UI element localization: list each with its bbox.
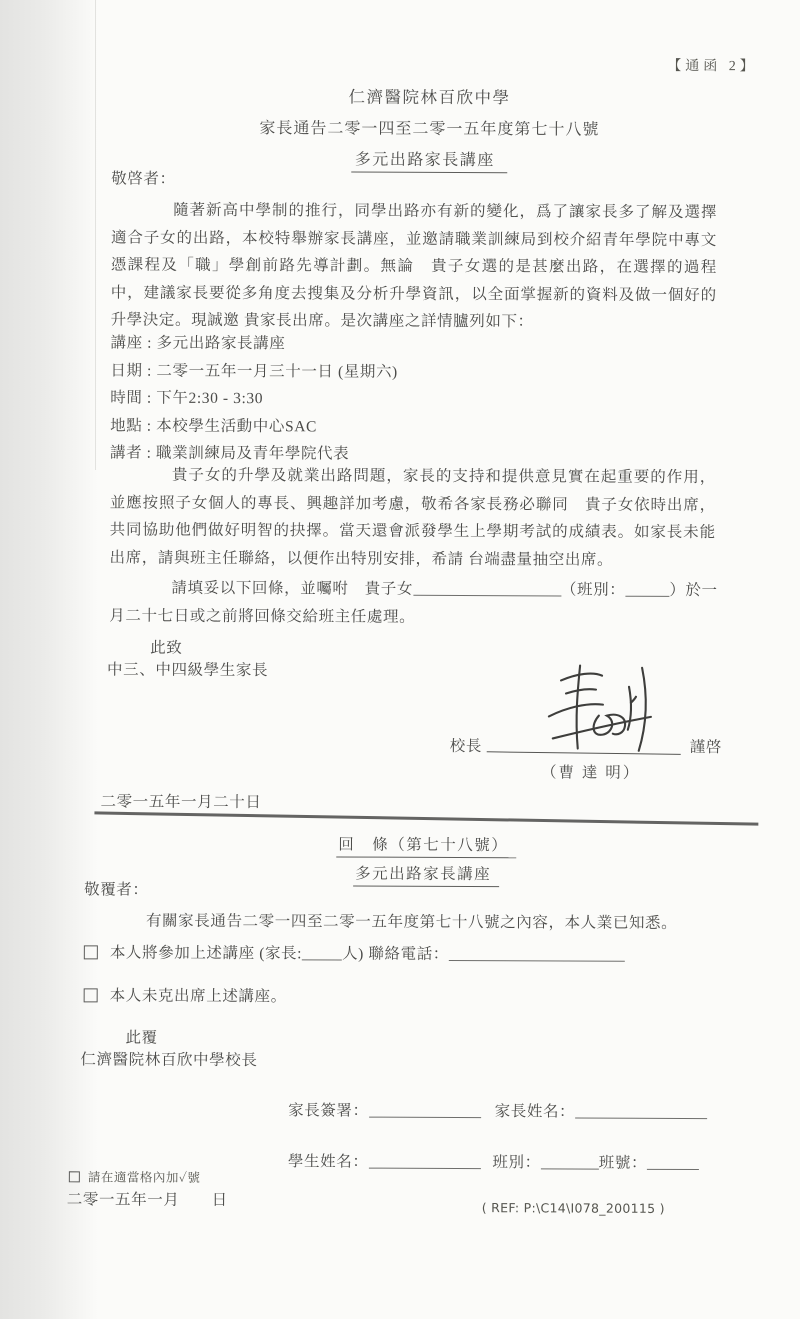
- student-info-row: 學生姓名：班別：班號：: [288, 1148, 699, 1177]
- tick-note-text: 請在適當格內加✓號: [88, 1170, 201, 1184]
- parent-count-blank: [302, 945, 342, 961]
- event-details: 講座 : 多元出路家長講座 日期 : 二零一五年一月三十一日 (星期六) 時間 …: [110, 329, 398, 468]
- class-no-label: 班號：: [599, 1155, 647, 1172]
- parent-name-label: 家長姓名：: [495, 1103, 576, 1120]
- tear-off-divider-line: [94, 811, 758, 825]
- parent-name-blank: [575, 1103, 707, 1119]
- acknowledgement-paragraph: 有關家長通告二零一四至二零一五年度第七十八號之內容，本人業已知悉。: [84, 907, 732, 937]
- reply-closing-addressee: 仁濟醫院林百欣中學校長: [80, 1046, 257, 1074]
- reply-slip-header: 回 條（第七十八號） 多元出路家長講座: [96, 831, 756, 888]
- phone-blank: [449, 945, 625, 961]
- student-name-blank: [413, 580, 561, 596]
- student-name-field-blank: [368, 1153, 480, 1169]
- school-name: 仁濟醫院林百欣中學: [100, 82, 760, 109]
- notice-paragraph-2: 貴子女的升學及就業出路問題，家長的支持和提供意見實在起重要的作用，並應按照子女個…: [110, 461, 716, 574]
- addressee: 中三、中四級學生家長: [107, 656, 268, 684]
- reply-slip-title: 回 條（第七十八號）: [336, 832, 516, 858]
- reply-instruction-text-2: （班別：: [561, 581, 625, 598]
- detail-time: 時間 : 下午2:30 - 3:30: [110, 384, 398, 413]
- parent-signature-row: 家長簽署：家長姓名：: [288, 1097, 707, 1126]
- tick-note-row: 請在適當格內加✓號: [69, 1167, 201, 1186]
- class-blank: [625, 581, 669, 597]
- attend-checkbox: [84, 945, 98, 959]
- notice-subject: 多元出路家長講座: [352, 147, 507, 174]
- detail-venue: 地點 : 本校學生活動中心SAC: [110, 412, 398, 441]
- reply-salutation: 敬覆者：: [84, 876, 149, 904]
- reply-slip-subtitle: 多元出路家長講座: [353, 862, 499, 888]
- option-absent-row: 本人未克出席上述講座。: [84, 982, 287, 1010]
- notice-number-line: 家長通告二零一四至二零一五年度第七十八號: [99, 114, 759, 140]
- class-no-field-blank: [647, 1154, 699, 1170]
- reply-instruction-text-1: 請填妥以下回條，並囑咐 貴子女: [171, 580, 413, 598]
- option-attend-text-2: 人) 聯絡電話：: [342, 946, 449, 963]
- parent-signature-label: 家長簽署：: [288, 1102, 369, 1119]
- option-absent-text: 本人未克出席上述講座。: [110, 987, 287, 1005]
- option-attend-row: 本人將參加上述講座 (家長:人) 聯絡電話：: [84, 939, 625, 969]
- detail-talk: 講座 : 多元出路家長講座: [110, 329, 398, 358]
- sign-off: 謹啓: [690, 734, 722, 762]
- circular-number-tag: 【通函 2】: [667, 55, 758, 75]
- letterhead: 仁濟醫院林百欣中學 家長通告二零一四至二零一五年度第七十八號 多元出路家長講座: [99, 82, 759, 174]
- absent-checkbox: [84, 988, 98, 1002]
- detail-date: 日期 : 二零一五年一月三十一日 (星期六): [110, 357, 398, 386]
- parent-signature-blank: [369, 1102, 481, 1118]
- student-name-label: 學生姓名：: [288, 1153, 369, 1170]
- principal-label: 校長: [450, 733, 482, 761]
- principal-signature-handwriting: [543, 658, 671, 761]
- reply-date: 二零一五年一月 日: [67, 1186, 228, 1214]
- principal-name: （曹 達 明）: [502, 759, 680, 787]
- class-label: 班別：: [492, 1154, 540, 1171]
- reply-instruction-paragraph: 請填妥以下回條，並囑咐 貴子女（班別：）於一月二十七日或之前將回條交給班主任處理…: [109, 574, 731, 632]
- option-attend-text-1: 本人將參加上述講座 (家長:: [110, 944, 302, 962]
- file-reference: ( REF: P:\C14\I078_200115 ): [482, 1200, 665, 1216]
- scanned-notice-document: 【通函 2】 仁濟醫院林百欣中學 家長通告二零一四至二零一五年度第七十八號 多元…: [0, 0, 800, 1319]
- tick-note-checkbox: [69, 1171, 80, 1182]
- class-field-blank: [541, 1154, 599, 1170]
- salutation: 敬啓者：: [111, 165, 176, 193]
- notice-paragraph-1: 隨著新高中學制的推行，同學出路亦有新的變化，爲了讓家長多了解及選擇適合子女的出路…: [111, 196, 718, 336]
